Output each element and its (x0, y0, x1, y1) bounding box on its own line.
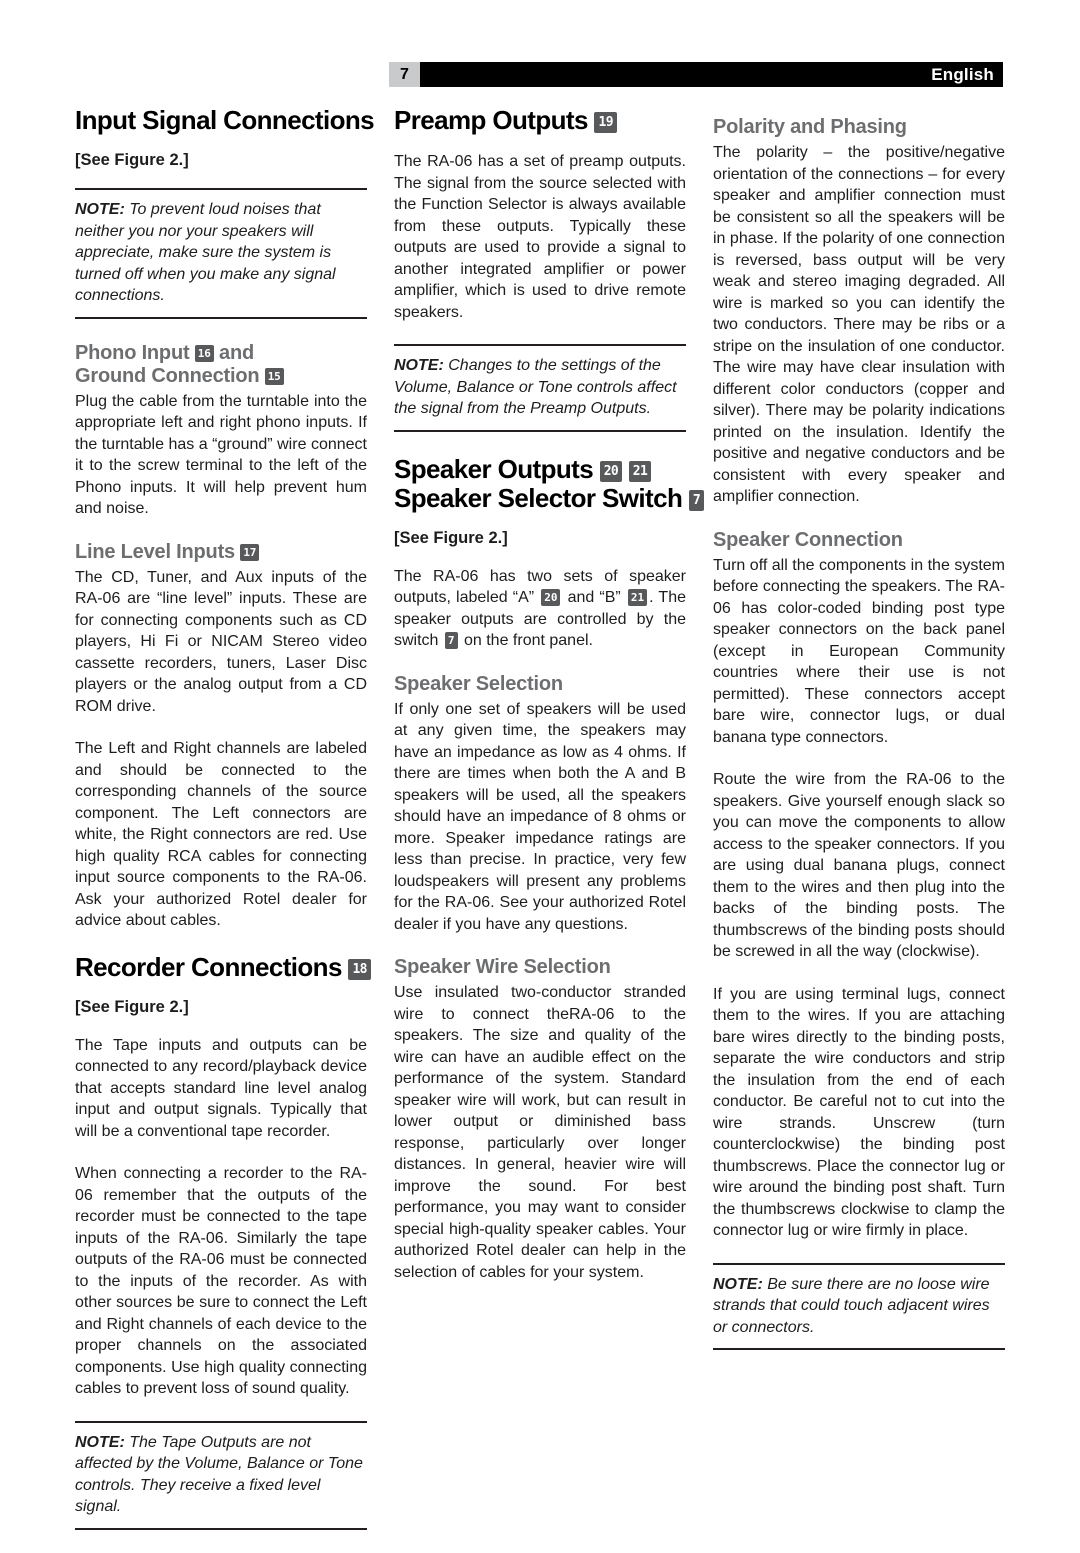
page-number: 7 (389, 62, 420, 87)
column-2: Preamp Outputs 19 The RA-06 has a set of… (394, 106, 686, 1553)
content-columns: Input Signal Connections [See Figure 2.]… (75, 106, 1005, 1553)
paragraph-speaker-connection-2: Route the wire from the RA-06 to the spe… (713, 769, 1005, 963)
paragraph-polarity: The polarity – the positive/negative ori… (713, 142, 1005, 508)
callout-badge-7-inline: 7 (445, 632, 458, 649)
header-bar: English (420, 62, 1003, 87)
column-3: Polarity and Phasing The polarity – the … (713, 106, 1005, 1553)
callout-badge-20: 20 (600, 461, 622, 482)
note-block: NOTE: To prevent loud noises that neithe… (75, 188, 367, 319)
section-title-input-signal-connections: Input Signal Connections (75, 106, 367, 135)
paragraph-speaker-wire: Use insulated two-conductor stranded wir… (394, 982, 686, 1283)
paragraph-speaker-outputs: The RA-06 has two sets of speaker output… (394, 566, 686, 652)
see-figure-reference: [See Figure 2.] (75, 998, 367, 1017)
header-language-label: English (931, 65, 994, 85)
paragraph-line-level-2: The Left and Right channels are labeled … (75, 738, 367, 932)
paragraph-line-level-1: The CD, Tuner, and Aux inputs of the RA-… (75, 567, 367, 718)
see-figure-reference: [See Figure 2.] (75, 151, 367, 170)
paragraph-speaker-connection-3: If you are using terminal lugs, connect … (713, 984, 1005, 1242)
section-title-speaker-outputs: Speaker Outputs 20 21 Speaker Selector S… (394, 455, 686, 513)
callout-badge-15: 15 (265, 368, 284, 385)
note-label: NOTE: (75, 1434, 125, 1451)
subheading-speaker-connection: Speaker Connection (713, 529, 1005, 552)
callout-badge-19: 19 (594, 112, 616, 133)
callout-badge-18: 18 (348, 959, 370, 980)
note-block: NOTE: Be sure there are no loose wire st… (713, 1263, 1005, 1351)
paragraph-speaker-connection-1: Turn off all the components in the syste… (713, 555, 1005, 749)
subheading-phono-input: Phono Input 16 and Ground Connection 15 (75, 342, 367, 388)
callout-badge-17: 17 (240, 544, 259, 561)
note-label: NOTE: (394, 357, 444, 374)
note-label: NOTE: (713, 1276, 763, 1293)
callout-badge-21-inline: 21 (628, 589, 647, 606)
callout-badge-20-inline: 20 (541, 589, 560, 606)
note-label: NOTE: (75, 201, 125, 218)
section-title-preamp-outputs: Preamp Outputs 19 (394, 106, 686, 135)
paragraph-recorder-1: The Tape inputs and outputs can be conne… (75, 1035, 367, 1143)
note-block: NOTE: The Tape Outputs are not affected … (75, 1421, 367, 1530)
subheading-polarity-phasing: Polarity and Phasing (713, 116, 1005, 139)
column-1: Input Signal Connections [See Figure 2.]… (75, 106, 367, 1553)
note-block: NOTE: Changes to the settings of the Vol… (394, 344, 686, 432)
callout-badge-7: 7 (689, 490, 704, 511)
paragraph-preamp: The RA-06 has a set of preamp outputs. T… (394, 151, 686, 323)
section-title-recorder-connections: Recorder Connections 18 (75, 953, 367, 982)
page-header: 7 English (389, 62, 1003, 87)
callout-badge-21: 21 (629, 461, 651, 482)
paragraph-phono: Plug the cable from the turntable into t… (75, 391, 367, 520)
paragraph-recorder-2: When connecting a recorder to the RA-06 … (75, 1163, 367, 1400)
paragraph-speaker-selection: If only one set of speakers will be used… (394, 699, 686, 936)
subheading-speaker-wire-selection: Speaker Wire Selection (394, 956, 686, 979)
subheading-speaker-selection: Speaker Selection (394, 673, 686, 696)
callout-badge-16: 16 (195, 345, 214, 362)
see-figure-reference: [See Figure 2.] (394, 529, 686, 548)
subheading-line-level-inputs: Line Level Inputs 17 (75, 541, 367, 564)
